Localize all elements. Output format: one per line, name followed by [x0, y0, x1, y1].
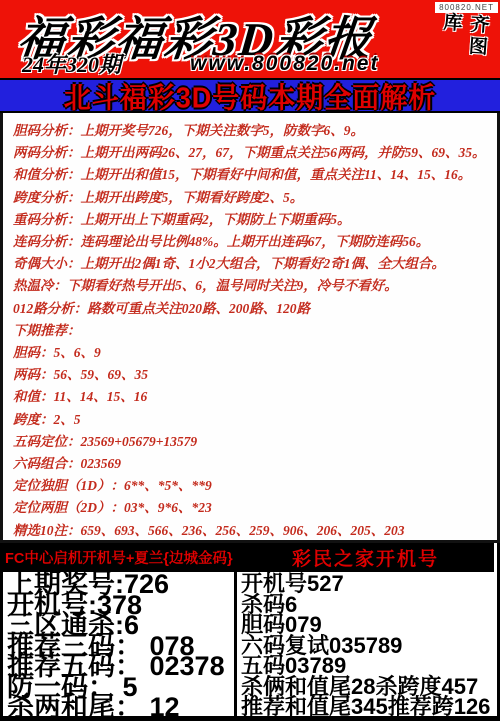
analysis-line-chongma: 重码分析：上期开出上下期重码2，下期防上下期重码5。	[13, 209, 493, 231]
fc-center-panel-header: FC中心启机开机号+夏兰{边城金码}	[3, 543, 234, 572]
analysis-line-rewenleng: 热温冷：下期看好热号开出5、6，温号同时关注9，冷号不看好。	[13, 275, 493, 297]
analysis-section: 胆码分析：上期开奖号726，下期关注数字5，防数字6、9。 两码分析：上期开出两…	[0, 113, 500, 543]
recommend-wuma-dingwei: 五码定位：23569+05679+13579	[13, 431, 493, 453]
side-seal-calligraphy: 齐图库	[434, 11, 492, 78]
analysis-line-danma: 胆码分析：上期开奖号726，下期关注数字5，防数字6、9。	[13, 120, 493, 142]
recommend-danma: 胆码：5、6、9	[13, 342, 493, 364]
fc-center-panel: FC中心启机开机号+夏兰{边城金码} 上期奖号:726 开机号:378 三区通杀…	[3, 543, 237, 716]
recommend-hezhi: 和值：11、14、15、16	[13, 386, 493, 408]
masthead: 福彩福彩3D彩报 24年320期 www.800820.net 800820.N…	[0, 0, 500, 78]
recommend-dingwei-1d: 定位独胆（1D）：6**、*5*、**9	[13, 475, 493, 497]
fc-center-panel-body: 上期奖号:726 开机号:378 三区通杀:6 推荐三码： 078 推荐五码： …	[3, 572, 234, 716]
section-banner: 北斗福彩3D号码本期全面解析	[0, 78, 500, 113]
analysis-line-jiou: 奇偶大小：上期开出2偶1奇、1小2大组合，下期看好2奇1偶、全大组合。	[13, 253, 493, 275]
stat-kill-sum-tail: 杀两和尾： 12	[7, 697, 234, 716]
recommend-heading: 下期推荐：	[13, 320, 493, 342]
issue-number: 24年320期	[22, 48, 121, 78]
recommend-liangma: 两码：56、59、69、35	[13, 364, 493, 386]
analysis-line-kuadu: 跨度分析：上期开出跨度5，下期看好跨度2、5。	[13, 187, 493, 209]
caimin-home-panel: 彩民之家开机号 开机号527 杀码6 胆码079 六码复试035789 五码03…	[237, 543, 494, 716]
analysis-line-lianma: 连码分析：连码理论出号比例48%。上期开出连码67，下期防连码56。	[13, 231, 493, 253]
section-banner-title: 北斗福彩3D号码本期全面解析	[64, 75, 437, 116]
recommend-liuma-zuhe: 六码组合：023569	[13, 453, 493, 475]
bottom-section: FC中心启机开机号+夏兰{边城金码} 上期奖号:726 开机号:378 三区通杀…	[0, 543, 500, 721]
analysis-line-hezhi: 和值分析：上期开出和值15，下期看好中间和值，重点关注11、14、15、16。	[13, 164, 493, 186]
caimin-home-panel-body: 开机号527 杀码6 胆码079 六码复试035789 五码03789 杀俩和值…	[237, 572, 494, 716]
analysis-line-012lu: 012路分析：路数可重点关注020路、200路、120路	[13, 298, 493, 320]
website-url: www.800820.net	[190, 52, 379, 76]
caimin-home-panel-header: 彩民之家开机号	[237, 543, 494, 572]
lottery-bulletin-page: 福彩福彩3D彩报 24年320期 www.800820.net 800820.N…	[0, 0, 500, 721]
recommend-dingwei-2d: 定位两胆（2D）：03*、9*6、*23	[13, 497, 493, 519]
recommend-jingxuan-10: 精选10注：659、693、566、236、256、259、906、206、20…	[13, 520, 493, 542]
stat-rec-tail-span: 推荐和值尾345推荐跨126	[241, 697, 494, 716]
analysis-line-liangma: 两码分析：上期开出两码26、27，67，下期重点关注56两码，并防59、69、3…	[13, 142, 493, 164]
recommend-kuadu: 跨度：2、5	[13, 409, 493, 431]
